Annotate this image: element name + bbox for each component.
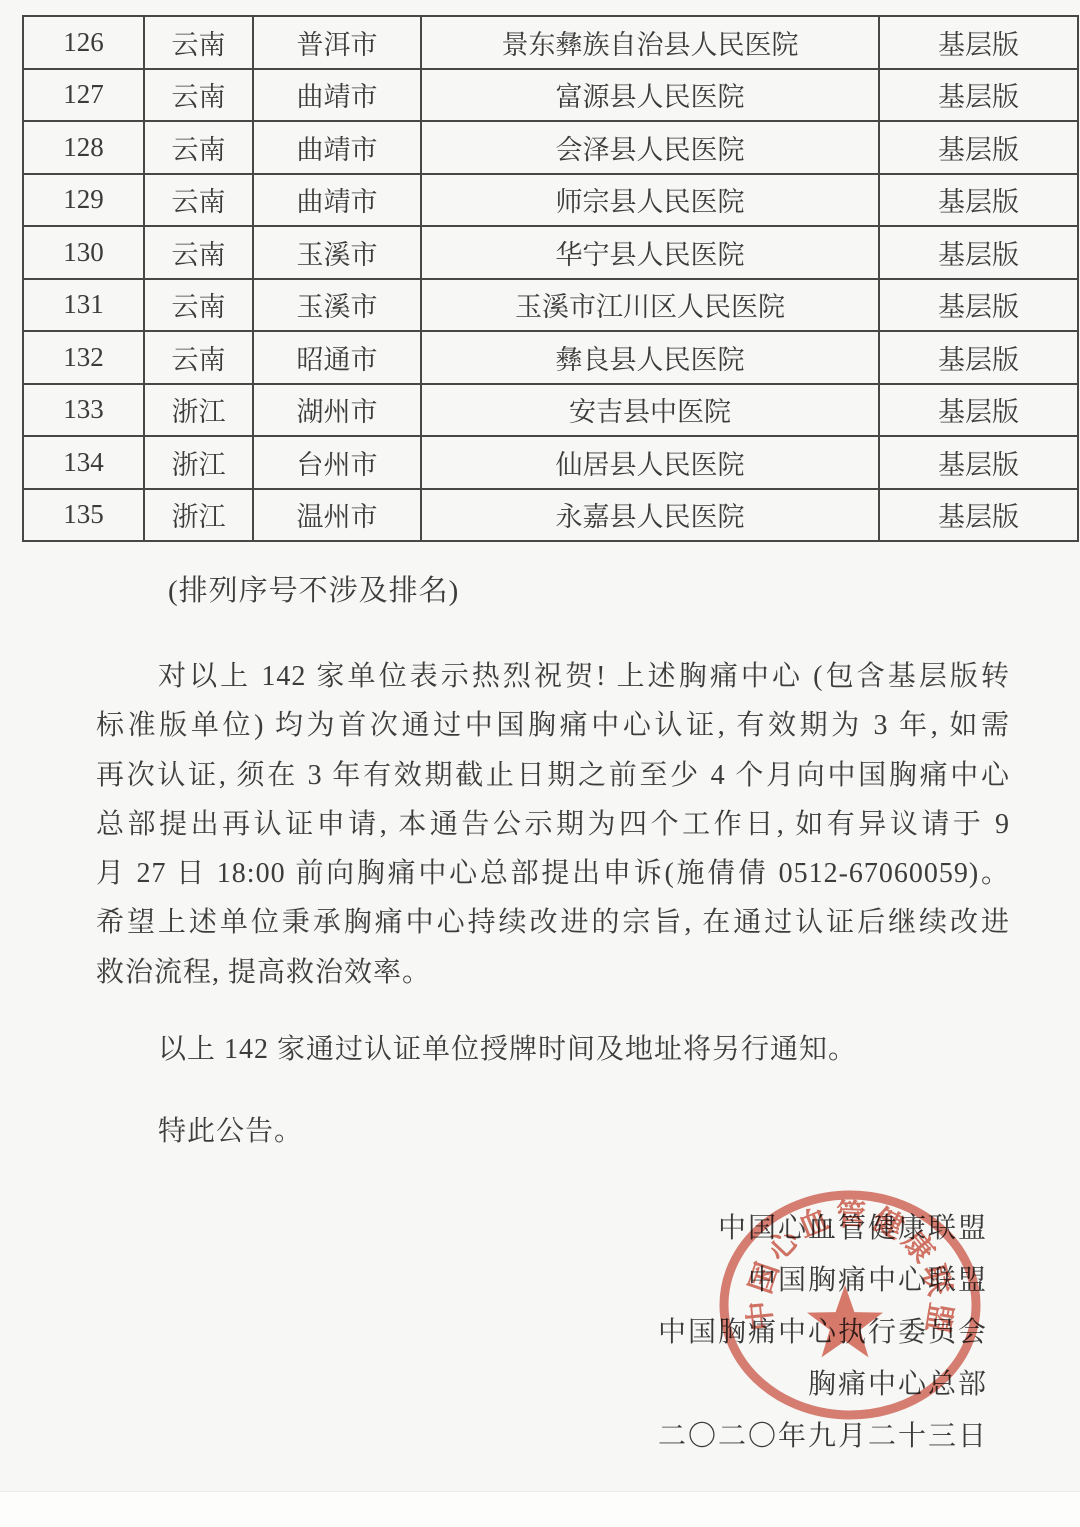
cell-hospital: 富源县人民医院 [421,69,879,122]
cell-province: 云南 [144,174,253,227]
page-bottom-edge [0,1491,1080,1527]
table-row: 127云南曲靖市富源县人民医院基层版 [23,69,1078,122]
cell-hospital: 师宗县人民医院 [421,174,879,227]
table-row: 130云南玉溪市华宁县人民医院基层版 [23,226,1078,279]
cell-province: 云南 [144,121,253,174]
cell-version: 基层版 [879,489,1078,542]
signature-date: 二〇二〇年九月二十三日 [468,1411,988,1463]
cell-version: 基层版 [879,384,1078,437]
cell-no: 129 [23,174,144,227]
cell-city: 玉溪市 [253,226,421,279]
cell-city: 湖州市 [253,384,421,437]
cell-city: 玉溪市 [253,279,421,332]
cell-hospital: 仙居县人民医院 [421,436,879,489]
cell-no: 126 [23,16,144,69]
cell-city: 普洱市 [253,16,421,69]
document-page: 126云南普洱市景东彝族自治县人民医院基层版 127云南曲靖市富源县人民医院基层… [0,0,1080,1527]
award-notice: 以上 142 家通过认证单位授牌时间及地址将另行通知。 [96,1029,1010,1071]
closing-statement: 特此公告。 [96,1111,1010,1153]
paragraph-line: 月 27 日 18:00 前向胸痛中心总部提出申诉(施倩倩 0512-67060… [96,849,1010,898]
cell-version: 基层版 [879,174,1078,227]
cell-province: 浙江 [144,489,253,542]
cell-version: 基层版 [879,121,1078,174]
cell-no: 130 [23,226,144,279]
cell-province: 浙江 [144,384,253,437]
cell-province: 云南 [144,226,253,279]
table-row: 129云南曲靖市师宗县人民医院基层版 [23,174,1078,227]
signature-line: 胸痛中心总部 [468,1359,988,1411]
cell-version: 基层版 [879,436,1078,489]
signature-block: 中国心血管健康联盟 中国胸痛中心联盟 中国胸痛中心执行委员会 胸痛中心总部 二〇… [468,1203,988,1463]
table-row: 135浙江温州市永嘉县人民医院基层版 [23,489,1078,542]
cell-city: 台州市 [253,436,421,489]
cell-city: 曲靖市 [253,69,421,122]
cell-province: 云南 [144,331,253,384]
cell-version: 基层版 [879,226,1078,279]
cell-version: 基层版 [879,331,1078,384]
paragraph-line: 救治流程, 提高救治效率。 [96,948,1010,997]
table-row: 128云南曲靖市会泽县人民医院基层版 [23,121,1078,174]
cell-no: 131 [23,279,144,332]
cell-no: 127 [23,69,144,122]
cell-hospital: 永嘉县人民医院 [421,489,879,542]
paragraph-line: 总部提出再认证申请, 本通告公示期为四个工作日, 如有异议请于 9 [96,800,1010,849]
cell-no: 133 [23,384,144,437]
paragraph-line: 希望上述单位秉承胸痛中心持续改进的宗旨, 在通过认证后继续改进 [96,898,1010,947]
table-row: 133浙江湖州市安吉县中医院基层版 [23,384,1078,437]
cell-hospital: 玉溪市江川区人民医院 [421,279,879,332]
cell-hospital: 华宁县人民医院 [421,226,879,279]
cell-province: 云南 [144,16,253,69]
paragraph-line: 对以上 142 家单位表示热烈祝贺! 上述胸痛中心 (包含基层版转 [96,652,1010,701]
cell-no: 135 [23,489,144,542]
cell-version: 基层版 [879,279,1078,332]
table-row: 126云南普洱市景东彝族自治县人民医院基层版 [23,16,1078,69]
cell-hospital: 安吉县中医院 [421,384,879,437]
cell-hospital: 彝良县人民医院 [421,331,879,384]
cell-city: 曲靖市 [253,174,421,227]
cell-hospital: 景东彝族自治县人民医院 [421,16,879,69]
table-row: 131云南玉溪市玉溪市江川区人民医院基层版 [23,279,1078,332]
cell-version: 基层版 [879,16,1078,69]
table-row: 132云南昭通市彝良县人民医院基层版 [23,331,1078,384]
cell-city: 温州市 [253,489,421,542]
ranking-note: (排列序号不涉及排名) [96,571,1010,611]
cell-no: 132 [23,331,144,384]
cell-no: 134 [23,436,144,489]
cell-no: 128 [23,121,144,174]
table-row: 134浙江台州市仙居县人民医院基层版 [23,436,1078,489]
cell-province: 云南 [144,279,253,332]
paragraph-line: 标准版单位) 均为首次通过中国胸痛中心认证, 有效期为 3 年, 如需 [96,701,1010,750]
paragraph-line: 再次认证, 须在 3 年有效期截止日期之前至少 4 个月向中国胸痛中心 [96,751,1010,800]
cell-province: 浙江 [144,436,253,489]
announcement-paragraph: 对以上 142 家单位表示热烈祝贺! 上述胸痛中心 (包含基层版转 标准版单位)… [96,652,1010,997]
cell-hospital: 会泽县人民医院 [421,121,879,174]
signature-line: 中国胸痛中心执行委员会 [468,1307,988,1359]
cell-city: 曲靖市 [253,121,421,174]
signature-line: 中国心血管健康联盟 [468,1203,988,1255]
signature-line: 中国胸痛中心联盟 [468,1255,988,1307]
cell-version: 基层版 [879,69,1078,122]
cell-city: 昭通市 [253,331,421,384]
certified-hospitals-table: 126云南普洱市景东彝族自治县人民医院基层版 127云南曲靖市富源县人民医院基层… [22,15,1079,542]
cell-province: 云南 [144,69,253,122]
